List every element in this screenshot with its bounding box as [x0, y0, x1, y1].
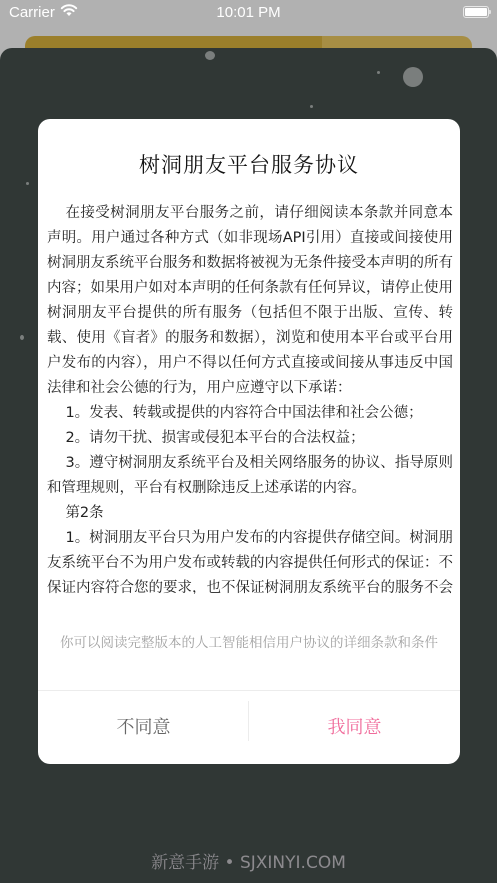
agree-button[interactable]: 我同意: [249, 691, 460, 764]
battery-icon: [463, 6, 489, 18]
watermark: 新意手游 • SJXINYI.COM: [0, 848, 497, 873]
status-bar: Carrier 10:01 PM: [0, 0, 497, 26]
decorative-dot: [26, 182, 29, 185]
decorative-dot: [403, 67, 423, 87]
agreement-paragraph: 2。请勿干扰、损害或侵犯本平台的合法权益；: [47, 426, 453, 451]
dialog-title: 树洞朋友平台服务协议: [38, 149, 460, 179]
agreement-paragraph: 1。发表、转载或提供的内容符合中国法律和社会公德；: [47, 401, 453, 426]
decorative-dot: [205, 51, 215, 60]
agreement-paragraph: 1。树洞朋友平台只为用户发布的内容提供存储空间。树洞朋友系统平台不为用户发布或转…: [47, 526, 453, 594]
decorative-dot: [377, 71, 380, 74]
disagree-button[interactable]: 不同意: [38, 691, 249, 764]
agreement-paragraph: 3。遵守树洞朋友系统平台及相关网络服务的协议、指导原则和管理规则，平台有权删除违…: [47, 451, 453, 501]
clock: 10:01 PM: [0, 4, 497, 21]
full-agreement-link[interactable]: 你可以阅读完整版本的人工智能相信用户协议的详细条款和条件: [38, 631, 460, 651]
section-heading: 第2条: [47, 501, 453, 526]
decorative-dot: [20, 335, 24, 340]
decorative-dot: [310, 105, 313, 108]
agreement-dialog: 树洞朋友平台服务协议 在接受树洞朋友平台服务之前，请仔细阅读本条款并同意本声明。…: [38, 119, 460, 764]
agreement-text-scroll[interactable]: 在接受树洞朋友平台服务之前，请仔细阅读本条款并同意本声明。用户通过各种方式（如非…: [47, 201, 453, 594]
agreement-paragraph: 在接受树洞朋友平台服务之前，请仔细阅读本条款并同意本声明。用户通过各种方式（如非…: [47, 201, 453, 401]
